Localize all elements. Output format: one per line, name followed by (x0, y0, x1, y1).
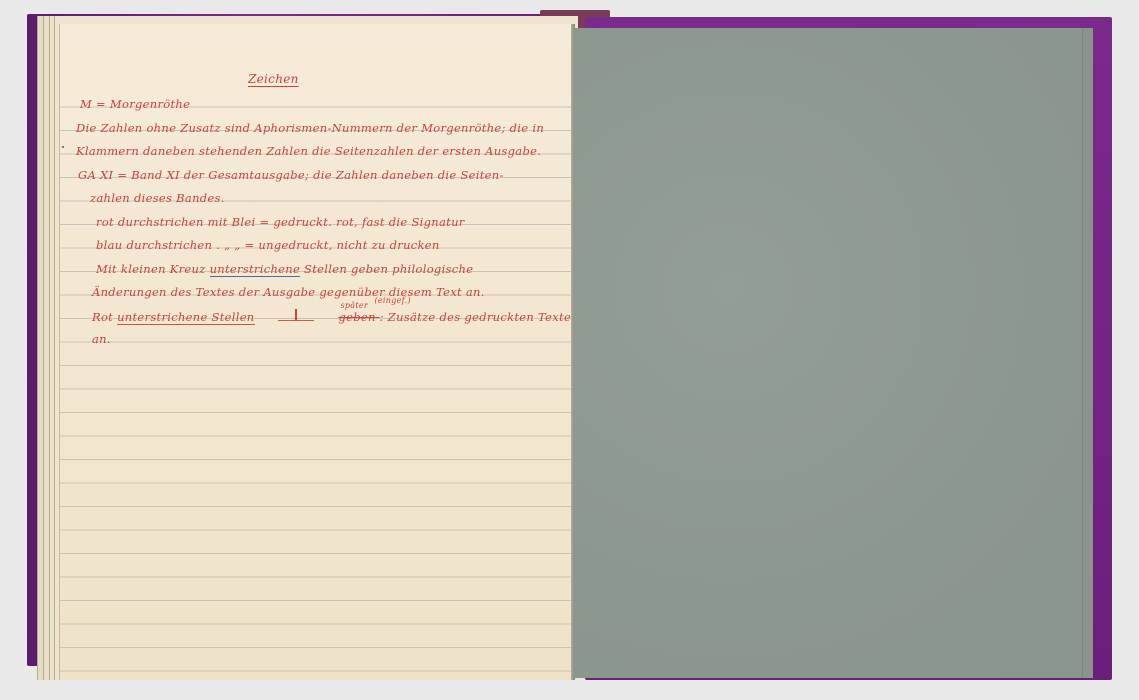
text-fragment: : Zusätze des gedruckten Textes (380, 310, 573, 324)
text-line: rot durchstrichen mit Blei = gedruckt. r… (96, 215, 465, 229)
text-fragment: Rot (92, 310, 113, 324)
text-fragment: Mit kleinen Kreuz (96, 262, 206, 276)
struck-word: geben später (eingef.) (338, 310, 379, 324)
text-fragment: Stellen geben philologische (304, 262, 473, 276)
blue-underlined-word: unterstrichene (210, 262, 301, 277)
text-line: M = Morgenröthe (80, 97, 190, 111)
right-endpaper (573, 28, 1093, 678)
insertion-mark-icon (278, 309, 314, 321)
struck-word-text: geben (338, 310, 375, 324)
text-line: Mit kleinen Kreuz unterstrichene Stellen… (96, 262, 473, 276)
text-line: Änderungen des Textes der Ausgabe gegenü… (92, 285, 485, 299)
text-line: GA XI = Band XI der Gesamtausgabe; die Z… (78, 168, 504, 182)
margin-mark (62, 146, 64, 148)
superscript-note: (eingef.) (374, 296, 410, 305)
text-line: Rot unterstrichene Stellen geben später … (92, 309, 573, 324)
endpaper-edge (1082, 28, 1093, 678)
text-line: an. (92, 332, 111, 346)
superscript-note: später (340, 301, 368, 310)
red-underlined-phrase: unterstrichene Stellen (117, 310, 254, 325)
text-line: blau durchstrichen . „ „ = ungedruckt, n… (96, 238, 440, 252)
text-line: Die Zahlen ohne Zusatz sind Aphorismen-N… (76, 121, 544, 135)
page-title: Zeichen (248, 72, 299, 86)
text-line: Klammern daneben stehenden Zahlen die Se… (76, 144, 541, 158)
left-page: Zeichen M = Morgenröthe Die Zahlen ohne … (60, 24, 573, 680)
text-line: zahlen dieses Bandes. (90, 191, 225, 205)
